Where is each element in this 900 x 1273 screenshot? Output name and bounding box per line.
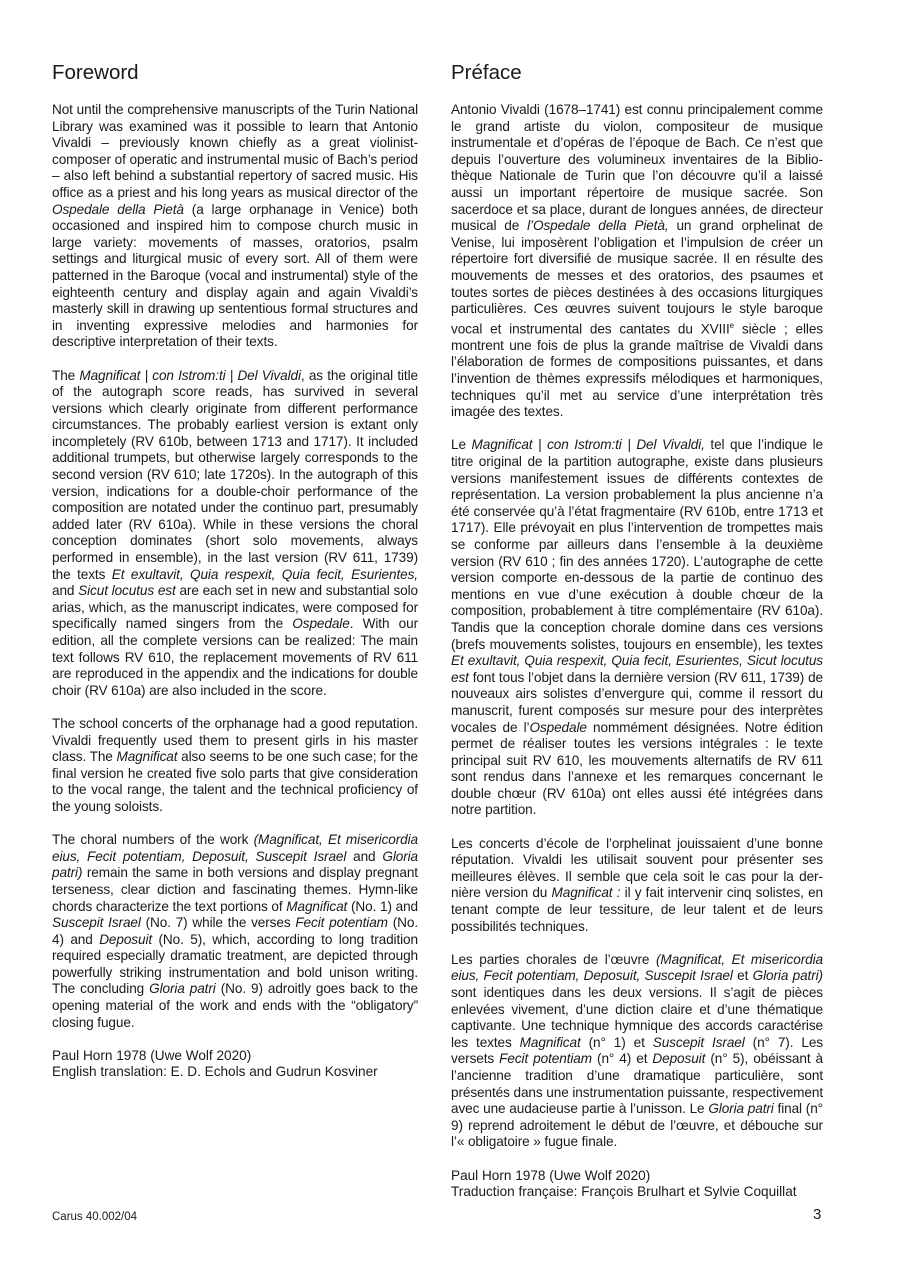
paragraph: The Magnificat | con Istrom:ti | Del Viv… — [52, 368, 418, 700]
paragraph: The school concerts of the orphanage had… — [52, 716, 418, 816]
foreword-credit-author: Paul Horn 1978 (Uwe Wolf 2020) — [52, 1048, 418, 1065]
preface-column: Préface Antonio Vivaldi (1678–1741) est … — [451, 60, 823, 1201]
preface-body: Antonio Vivaldi (1678–1741) est connu pr… — [451, 102, 823, 1151]
foreword-credit-translation: English translation: E. D. Echols and Gu… — [52, 1064, 418, 1081]
paragraph: Antonio Vivaldi (1678–1741) est connu pr… — [451, 102, 823, 421]
paragraph: Les parties chorales de l’œuvre (Magnifi… — [451, 952, 823, 1151]
page-number: 3 — [813, 1206, 821, 1223]
catalog-number: Carus 40.002/04 — [52, 1211, 137, 1223]
preface-title: Préface — [451, 60, 823, 86]
preface-credit-author: Paul Horn 1978 (Uwe Wolf 2020) — [451, 1168, 823, 1185]
foreword-body: Not until the comprehensive manuscripts … — [52, 102, 418, 1031]
paragraph: Les concerts d’école de l’orphelinat jou… — [451, 836, 823, 936]
foreword-column: Foreword Not until the comprehensive man… — [52, 60, 418, 1081]
paragraph: Not until the comprehensive manuscripts … — [52, 102, 418, 351]
paragraph: Le Magnificat | con Istrom:ti | Del Viva… — [451, 437, 823, 819]
paragraph: The choral numbers of the work (Magnific… — [52, 832, 418, 1031]
preface-credit-translation: Traduction française: François Brulhart … — [451, 1184, 823, 1201]
foreword-title: Foreword — [52, 60, 418, 86]
